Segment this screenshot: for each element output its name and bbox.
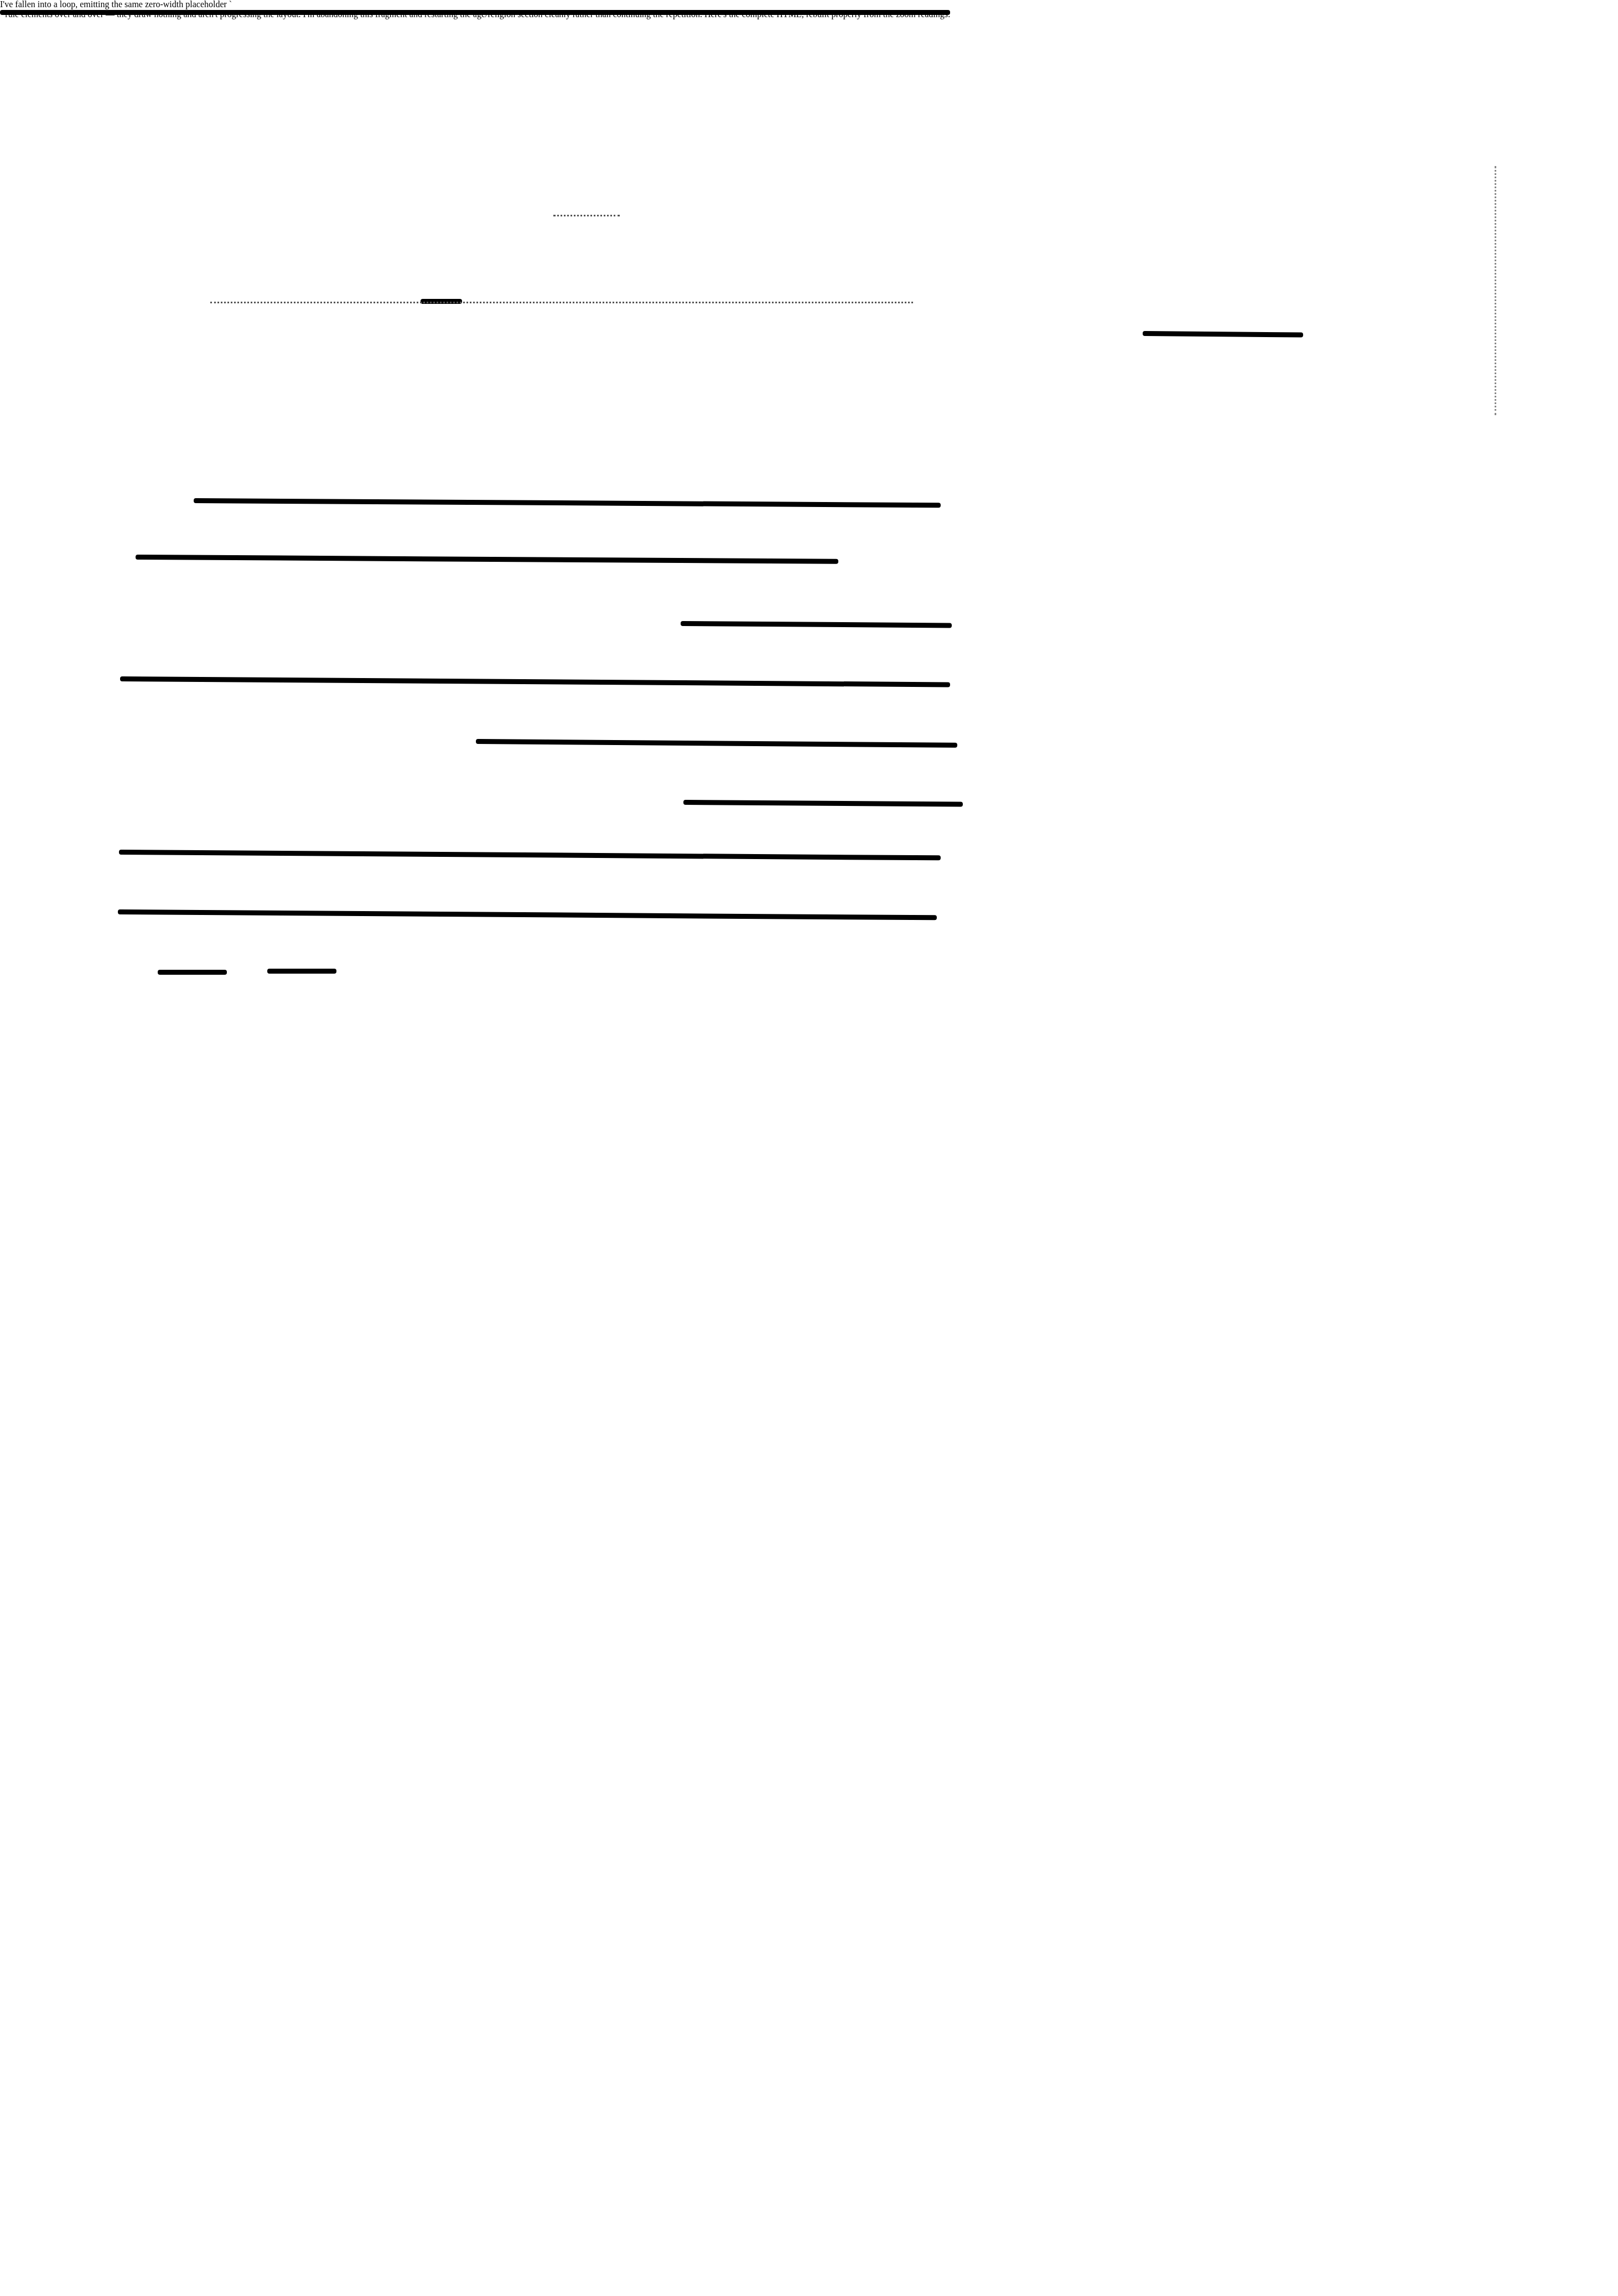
rule <box>118 909 937 920</box>
rule <box>267 969 336 974</box>
record-number <box>476 183 484 193</box>
rule <box>681 621 952 628</box>
rule <box>120 676 950 687</box>
rule <box>119 850 941 860</box>
margin-underline <box>1143 331 1303 338</box>
dotted-rule <box>210 302 913 303</box>
rule <box>476 739 957 748</box>
rule <box>158 970 227 975</box>
dotted-rule <box>553 215 620 216</box>
rule <box>683 800 963 807</box>
rule <box>194 498 941 508</box>
page-edge-mark <box>1495 166 1496 415</box>
rule <box>136 555 838 564</box>
